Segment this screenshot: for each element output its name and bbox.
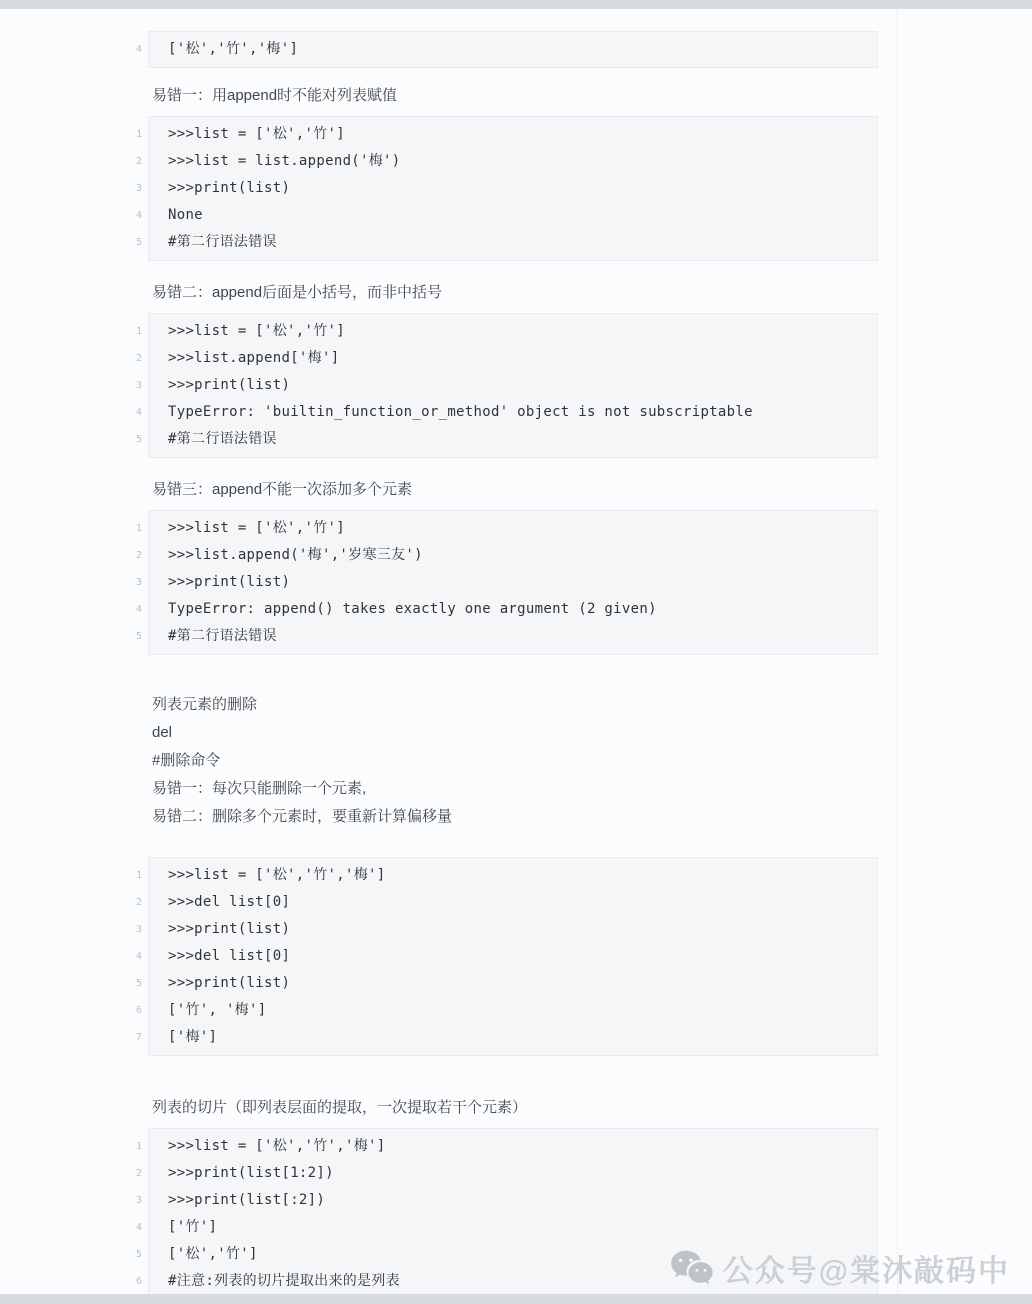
line-number-gutter: 12345 <box>124 313 148 458</box>
paragraph-line: 易错二：删除多个元素时，要重新计算偏移量 <box>152 803 1032 831</box>
line-number: 1 <box>124 1133 142 1160</box>
line-number: 3 <box>124 175 142 202</box>
code-line: >>>list = list.append('梅') <box>168 148 861 175</box>
watermark: 公众号@棠沐敲码中 <box>669 1246 1010 1290</box>
line-number: 4 <box>124 36 142 63</box>
heading-list-slicing: 列表的切片（即列表层面的提取，一次提取若干个元素） <box>152 1096 1032 1120</box>
code-line: >>>print(list[1:2]) <box>168 1160 861 1187</box>
code-line: >>>print(list) <box>168 175 861 202</box>
code-line: TypeError: append() takes exactly one ar… <box>168 596 861 623</box>
paragraph-line: del <box>152 719 1032 747</box>
code-block-output-partial: 4 ['松','竹','梅'] <box>124 31 878 68</box>
code-line: >>>list.append('梅','岁寒三友') <box>168 542 861 569</box>
bottom-edge-strip <box>0 1294 1032 1304</box>
code-area: ['松','竹','梅'] <box>148 31 878 68</box>
code-line: >>>print(list) <box>168 970 861 997</box>
code-area: >>>list = ['松','竹']>>>list = list.append… <box>148 116 878 261</box>
line-number: 6 <box>124 997 142 1024</box>
line-number: 4 <box>124 399 142 426</box>
code-area: >>>list = ['松','竹']>>>list.append['梅']>>… <box>148 313 878 458</box>
line-number: 2 <box>124 345 142 372</box>
code-line: TypeError: 'builtin_function_or_method' … <box>168 399 861 426</box>
line-number: 5 <box>124 1241 142 1268</box>
article-content: 4 ['松','竹','梅'] 易错一：用append时不能对列表赋值 1234… <box>0 9 1032 1300</box>
line-number: 1 <box>124 515 142 542</box>
line-number-gutter: 12345 <box>124 116 148 261</box>
top-edge-strip <box>0 0 1032 9</box>
code-line: ['梅'] <box>168 1024 861 1051</box>
paragraph-line: 列表元素的删除 <box>152 691 1032 719</box>
line-number: 3 <box>124 916 142 943</box>
code-line: >>>del list[0] <box>168 889 861 916</box>
code-line: >>>print(list) <box>168 916 861 943</box>
code-block-append-error-2: 12345 >>>list = ['松','竹']>>>list.append[… <box>124 313 878 458</box>
code-line: ['竹'] <box>168 1214 861 1241</box>
code-line: >>>print(list) <box>168 569 861 596</box>
line-number-gutter: 4 <box>124 31 148 68</box>
code-line: ['松','竹','梅'] <box>168 36 861 63</box>
heading-append-error-3: 易错三：append不能一次添加多个元素 <box>152 478 1032 502</box>
line-number: 4 <box>124 1214 142 1241</box>
code-line: #第二行语法错误 <box>168 229 861 256</box>
code-area: >>>list = ['松','竹']>>>list.append('梅','岁… <box>148 510 878 655</box>
code-line: >>>del list[0] <box>168 943 861 970</box>
paragraph-line: 易错一：每次只能删除一个元素, <box>152 775 1032 803</box>
article-page: 4 ['松','竹','梅'] 易错一：用append时不能对列表赋值 1234… <box>0 0 1032 1304</box>
line-number: 2 <box>124 1160 142 1187</box>
line-number: 6 <box>124 1268 142 1295</box>
code-line: >>>list.append['梅'] <box>168 345 861 372</box>
code-block-del: 1234567 >>>list = ['松','竹','梅']>>>del li… <box>124 857 878 1056</box>
line-number-gutter: 123456 <box>124 1128 148 1300</box>
code-line: >>>list = ['松','竹','梅'] <box>168 1133 861 1160</box>
line-number: 3 <box>124 569 142 596</box>
line-number-gutter: 12345 <box>124 510 148 655</box>
line-number: 1 <box>124 121 142 148</box>
code-line: >>>list = ['松','竹'] <box>168 318 861 345</box>
line-number: 2 <box>124 889 142 916</box>
line-number: 4 <box>124 202 142 229</box>
line-number: 3 <box>124 1187 142 1214</box>
line-number-gutter: 1234567 <box>124 857 148 1056</box>
paragraph-line: #删除命令 <box>152 747 1032 775</box>
code-line: >>>list = ['松','竹','梅'] <box>168 862 861 889</box>
paragraph-del-notes: 列表元素的删除del#删除命令易错一：每次只能删除一个元素,易错二：删除多个元素… <box>152 691 1032 831</box>
code-block-append-error-3: 12345 >>>list = ['松','竹']>>>list.append(… <box>124 510 878 655</box>
code-line: >>>list = ['松','竹'] <box>168 121 861 148</box>
heading-append-error-1: 易错一：用append时不能对列表赋值 <box>152 84 1032 108</box>
code-line: >>>print(list[:2]) <box>168 1187 861 1214</box>
line-number: 5 <box>124 970 142 997</box>
line-number: 5 <box>124 426 142 453</box>
line-number: 5 <box>124 623 142 650</box>
code-line: None <box>168 202 861 229</box>
line-number: 4 <box>124 596 142 623</box>
code-area: >>>list = ['松','竹','梅']>>>del list[0]>>>… <box>148 857 878 1056</box>
code-line: >>>print(list) <box>168 372 861 399</box>
line-number: 1 <box>124 318 142 345</box>
line-number: 2 <box>124 542 142 569</box>
code-line: ['竹', '梅'] <box>168 997 861 1024</box>
wechat-icon <box>669 1249 713 1287</box>
line-number: 2 <box>124 148 142 175</box>
code-line: >>>list = ['松','竹'] <box>168 515 861 542</box>
line-number: 1 <box>124 862 142 889</box>
line-number: 7 <box>124 1024 142 1051</box>
watermark-text: 公众号@棠沐敲码中 <box>723 1246 1010 1290</box>
heading-append-error-2: 易错二：append后面是小括号，而非中括号 <box>152 281 1032 305</box>
code-line: #第二行语法错误 <box>168 426 861 453</box>
line-number: 3 <box>124 372 142 399</box>
code-line: #第二行语法错误 <box>168 623 861 650</box>
code-block-append-error-1: 12345 >>>list = ['松','竹']>>>list = list.… <box>124 116 878 261</box>
line-number: 5 <box>124 229 142 256</box>
line-number: 4 <box>124 943 142 970</box>
